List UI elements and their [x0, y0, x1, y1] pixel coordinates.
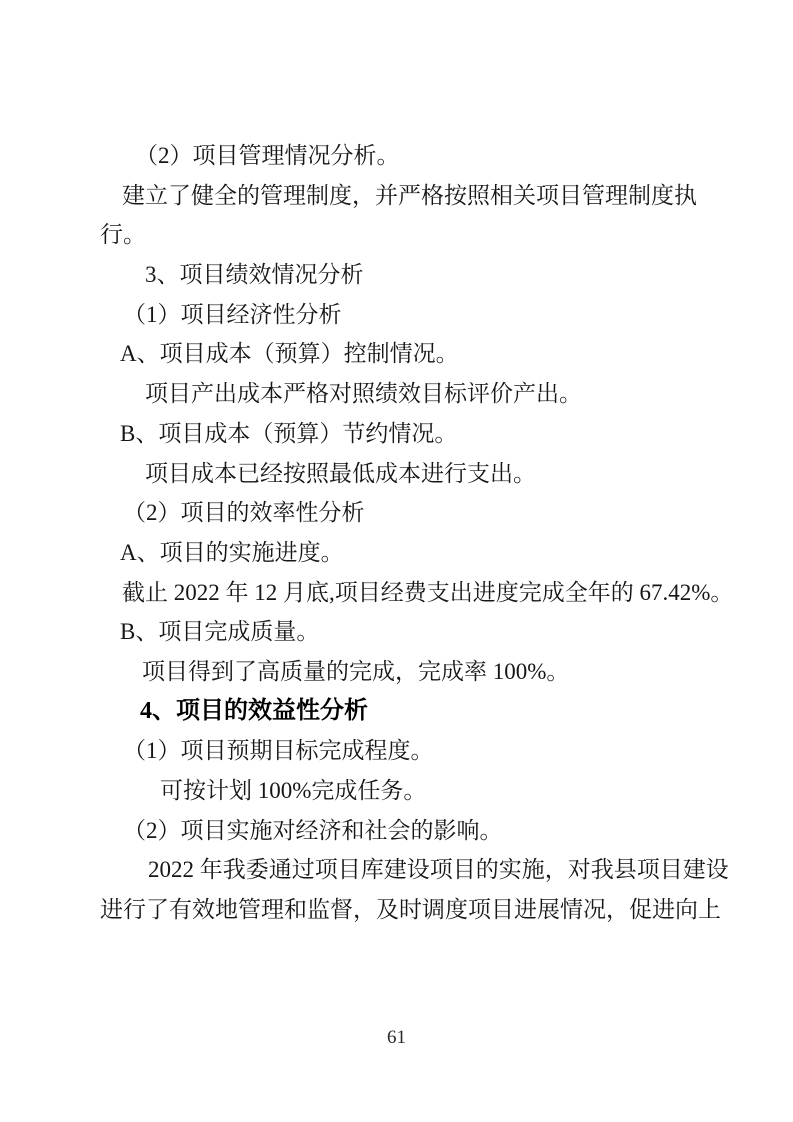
document-body: （2）项目管理情况分析。建立了健全的管理制度，并严格按照相关项目管理制度执行。3…: [100, 136, 715, 930]
text-line: （1）项目经济性分析: [100, 295, 715, 335]
text-line: A、项目的实施进度。: [100, 533, 715, 573]
text-line: 可按计划 100%完成任务。: [100, 771, 715, 811]
text-line: 2022 年我委通过项目库建设项目的实施，对我县项目建设: [100, 850, 715, 890]
text-line: （2）项目管理情况分析。: [100, 136, 715, 176]
section-heading-line: 4、项目的效益性分析: [100, 692, 715, 732]
text-line: （2）项目实施对经济和社会的影响。: [100, 811, 715, 851]
text-line: B、项目成本（预算）节约情况。: [100, 414, 715, 454]
text-line: （1）项目预期目标完成程度。: [100, 731, 715, 771]
text-line: B、项目完成质量。: [100, 612, 715, 652]
text-line: 项目成本已经按照最低成本进行支出。: [100, 454, 715, 494]
document-page: （2）项目管理情况分析。建立了健全的管理制度，并严格按照相关项目管理制度执行。3…: [0, 0, 793, 1122]
text-line: A、项目成本（预算）控制情况。: [100, 334, 715, 374]
text-line: 行。: [100, 215, 715, 255]
text-line: （2）项目的效率性分析: [100, 493, 715, 533]
text-line: 项目产出成本严格对照绩效目标评价产出。: [100, 374, 715, 414]
page-number: 61: [0, 1026, 793, 1050]
text-line: 项目得到了高质量的完成，完成率 100%。: [100, 652, 715, 692]
text-line: 3、项目绩效情况分析: [100, 255, 715, 295]
text-line: 截止 2022 年 12 月底,项目经费支出进度完成全年的 67.42%。: [100, 573, 715, 613]
text-line: 建立了健全的管理制度，并严格按照相关项目管理制度执: [100, 176, 715, 216]
text-line: 进行了有效地管理和监督，及时调度项目进展情况，促进向上: [100, 890, 715, 930]
